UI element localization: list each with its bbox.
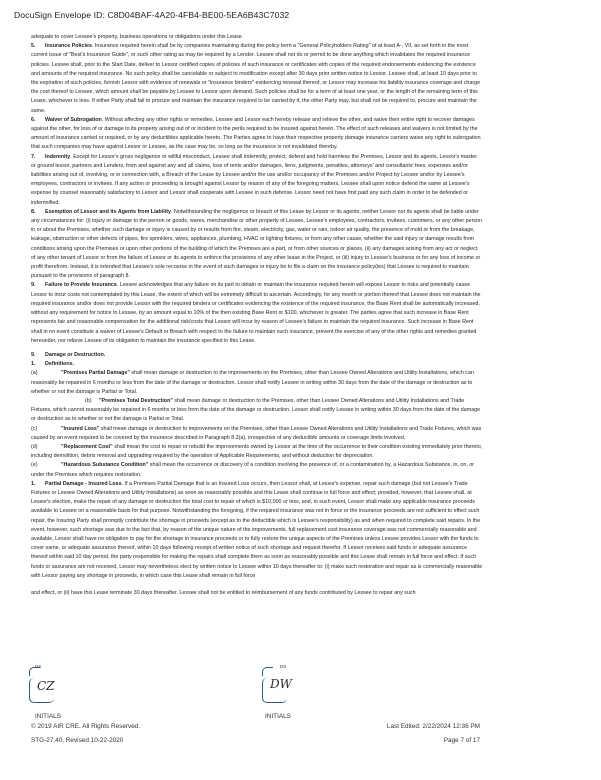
- definition-term: "Premises Total Destruction": [99, 398, 173, 404]
- section-number: 6.: [31, 116, 45, 125]
- definition-term: "Premises Partial Damage": [61, 370, 130, 376]
- section-damage-or-destruction: 9.Damage or Destruction.: [31, 351, 483, 360]
- section-insurance-policies: 5.Insurance Policies. Insurance required…: [31, 42, 483, 116]
- section-number: 1.: [31, 360, 45, 369]
- definition-term: "Replacement Cost": [61, 444, 113, 450]
- definition-e: (e)"Hazardous Substance Condition" shall…: [31, 461, 483, 479]
- form-revision: STG-27.40, Revised 10-22-2020: [31, 737, 123, 744]
- section-title: Failure to Provide Insurance: [45, 282, 117, 288]
- section-definitions: 1.Definitions.: [31, 360, 483, 369]
- last-edited-timestamp: Last Edited: 2/22/2024 12:36 PM: [387, 723, 480, 730]
- signature-initials-glyph: DW: [270, 677, 292, 691]
- definition-term: "Insured Loss": [61, 426, 99, 432]
- definition-b: (b)"Premises Total Destruction" shall me…: [31, 397, 483, 425]
- copyright-notice: © 2019 AIR CRE. All Rights Reserved.: [31, 723, 140, 730]
- section-text: . Except for Lessor's gross negligence o…: [31, 154, 477, 206]
- definition-term: "Hazardous Substance Condition": [61, 462, 148, 468]
- section-title: Partial Damage - Insured Loss: [45, 481, 122, 487]
- section-text: . Notwithstanding the negligence or brea…: [31, 209, 482, 279]
- section-title: Damage or Destruction.: [45, 352, 105, 358]
- initials-box-corner: [262, 667, 273, 676]
- section-waiver-of-subrogation: 6.Waiver of Subrogation. Without affecti…: [31, 116, 483, 153]
- section-indemnity: 7.Indemnity. Except for Lessor's gross n…: [31, 153, 483, 208]
- section-title: Waiver of Subrogation: [45, 117, 102, 123]
- section-partial-damage-insured-loss: 1.Partial Damage - Insured Loss. If a Pr…: [31, 480, 483, 581]
- section-text: . Lessee acknowledges that any failure o…: [31, 282, 481, 343]
- section-title: Indemnity: [45, 154, 70, 160]
- definition-label: (a): [31, 369, 61, 378]
- section-number: 9.: [31, 351, 45, 360]
- section-number: 8.: [31, 208, 45, 217]
- section-number: 5.: [31, 42, 45, 51]
- signature-initials-glyph: CZ: [37, 679, 55, 693]
- section-exemption-liability: 8.Exemption of Lessor and its Agents fro…: [31, 208, 483, 282]
- section-text: . If a Premises Partial Damage that is a…: [31, 481, 482, 579]
- definition-d: (d)"Replacement Cost" shall mean the cos…: [31, 443, 483, 461]
- docusign-ds-label: DS: [35, 664, 41, 669]
- docusign-envelope-id: DocuSign Envelope ID: C8D04BAF-4A20-4FB4…: [14, 10, 289, 20]
- docusign-ds-label: DS: [280, 664, 286, 669]
- definition-c: (c)"Insured Loss" shall mean damage or d…: [31, 425, 483, 443]
- definition-label: (d): [31, 443, 61, 452]
- definition-label: (b): [85, 397, 99, 406]
- initials-label-right: INITIALS: [265, 713, 291, 720]
- page-number: Page 7 of 17: [444, 737, 480, 744]
- section-text: . Insurance required herein shall be by …: [31, 43, 480, 113]
- definition-label: (e): [31, 461, 61, 470]
- initials-label-left: INITIALS: [35, 713, 61, 720]
- section-number: 1.: [31, 480, 45, 489]
- section-failure-to-provide-insurance: 9.Failure to Provide Insurance. Lessee a…: [31, 281, 483, 345]
- intro-text: adequate to cover Lessee's property, bus…: [31, 33, 483, 42]
- definition-a: (a)"Premises Partial Damage" shall mean …: [31, 369, 483, 397]
- definition-label: (c): [31, 425, 61, 434]
- section-title: Definitions.: [45, 361, 74, 367]
- document-page: adequate to cover Lessee's property, bus…: [31, 33, 483, 598]
- continuation-text: and effect, or (ii) have this Lease term…: [31, 589, 483, 598]
- section-title: Exemption of Lessor and its Agents from …: [45, 209, 171, 215]
- definition-text: shall mean damage or destruction to impr…: [31, 426, 481, 441]
- section-title: Insurance Policies: [45, 43, 92, 49]
- section-number: 7.: [31, 153, 45, 162]
- section-number: 9.: [31, 281, 45, 290]
